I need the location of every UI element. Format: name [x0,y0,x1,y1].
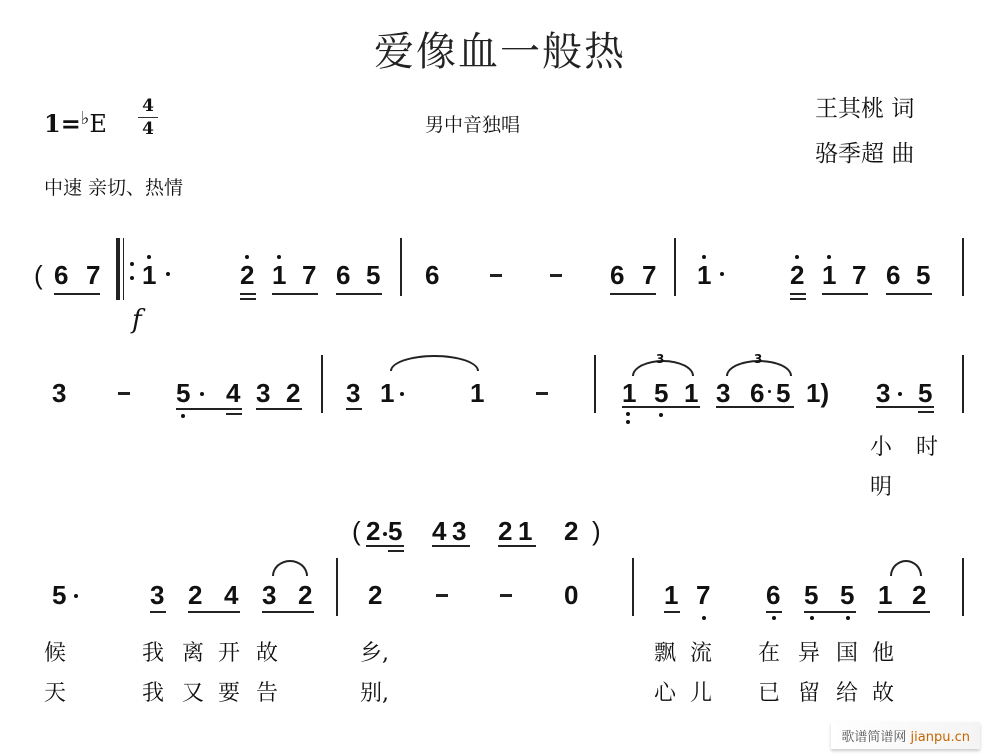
note: 4 [224,582,238,608]
lyric: 在 [758,636,780,667]
underline [610,293,656,295]
note: 2 [240,262,254,288]
augmentation-dot [898,392,902,396]
low-octave-dot [626,412,630,416]
tie [390,355,479,371]
high-octave-dot [245,255,249,259]
augmentation-dot [768,390,771,393]
note: 1 [878,582,892,608]
dash [436,594,448,597]
lyric: 心 [654,676,676,707]
note: 6 [54,262,68,288]
note: 1 [518,518,532,544]
barline [594,355,596,413]
note: 1 [822,262,836,288]
underline [804,611,856,613]
underline [790,293,806,295]
lyric: 儿 [690,676,712,707]
lyric: 告 [256,676,278,707]
lyric: 别, [360,676,389,707]
underline [878,611,930,613]
note: 1 [470,380,484,406]
repeat-dot [130,262,134,266]
augmentation-dot [400,392,404,396]
dash [500,594,512,597]
augmentation-dot [74,594,78,598]
high-octave-dot [795,255,799,259]
underline [226,413,242,415]
underline [790,298,806,300]
underline [886,293,932,295]
underline [176,408,242,410]
underline [432,545,470,547]
underline [262,611,314,613]
barline [632,558,634,616]
note: 3 [262,582,276,608]
dash [536,392,548,395]
watermark: 歌谱简谱网 jianpu.cn [831,722,980,749]
underline [366,545,404,547]
lyric: 开 [218,636,240,667]
high-octave-dot [147,255,151,259]
high-octave-dot [702,255,706,259]
note: 1 [142,262,156,288]
note: 2 [298,582,312,608]
lyric: 要 [218,676,240,707]
lyric: 给 [836,676,858,707]
note: 3 [150,582,164,608]
dash [490,274,502,277]
note: 2 [564,518,578,544]
note: 7 [302,262,316,288]
note: 1 [664,582,678,608]
lyric: 国 [836,636,858,667]
time-signature: 44 [138,96,158,139]
lyricist-credit: 王其桃 词 [815,90,914,123]
note: 4 [432,518,446,544]
lyric: 明 [870,470,892,501]
underline [150,611,166,613]
note: 2 [286,380,300,406]
underline [388,550,404,552]
voice-type: 男中音独唱 [425,110,520,137]
note: 6 [610,262,624,288]
lyric: 飘 [654,636,676,667]
note: 2 [790,262,804,288]
underline [336,293,382,295]
open-paren: ( [34,262,43,288]
note: 2 [366,518,380,544]
note: 3 [346,380,360,406]
low-octave-dot [846,616,850,620]
lyric: 已 [758,676,780,707]
lyric: 小 [870,430,892,461]
note: 6 [425,262,439,288]
note: 3 [716,380,730,406]
underline [256,408,302,410]
note-close-paren: 1) [806,380,829,406]
lyric: 流 [690,636,712,667]
low-octave-dot [810,616,814,620]
lyric: 天 [44,676,66,707]
barline [400,238,402,296]
note: 6 [766,582,780,608]
note: 2 [498,518,512,544]
note: 7 [86,262,100,288]
underline [876,406,934,408]
rest: 0 [564,582,578,608]
barline [962,558,964,616]
note: 5 [366,262,380,288]
lyric: 留 [798,676,820,707]
underline [918,411,934,413]
triplet-marker: 3 [656,352,664,366]
tempo-marking: 中速 亲切、热情 [44,173,183,200]
note: 7 [696,582,710,608]
lyric: 他 [872,636,894,667]
low-octave-dot [772,616,776,620]
song-title: 爱像血一般热 [0,20,1000,77]
repeat-barline-thin [123,238,124,300]
note: 2 [368,582,382,608]
triplet-marker: 3 [754,352,762,366]
key-prefix: 1= [44,109,81,138]
note: 5 [918,380,932,406]
barline [336,558,338,616]
note: 5 [176,380,190,406]
underline [240,298,256,300]
note: 5 [840,582,854,608]
lyric: 离 [182,636,204,667]
barline [962,238,964,296]
lyric: 我 [142,636,164,667]
lyric: 我 [142,676,164,707]
time-bottom: 4 [142,119,154,139]
key-signature: 1=♭E [44,108,107,138]
note: 5 [388,518,402,544]
tie [272,560,308,576]
note: 2 [188,582,202,608]
augmentation-dot [200,392,204,396]
note: 1 [380,380,394,406]
barline [962,355,964,413]
underline [272,293,318,295]
open-paren: ( [352,518,361,544]
repeat-dot [130,276,134,280]
lyric: 故 [872,676,894,707]
note: 5 [804,582,818,608]
underline [716,406,794,408]
augmentation-dot [383,532,387,536]
barline [321,355,323,413]
note: 6 [336,262,350,288]
underline [188,611,240,613]
note: 5 [916,262,930,288]
note: 6 [750,380,764,406]
lyricist-role: 词 [891,96,914,122]
lyric: 异 [798,636,820,667]
note: 3 [452,518,466,544]
low-octave-dot [659,413,663,417]
note: 7 [852,262,866,288]
note: 1 [622,380,636,406]
underline [240,293,256,295]
lyric: 故 [256,636,278,667]
note: 4 [226,380,240,406]
dash [550,274,562,277]
lyricist-name: 王其桃 [815,96,884,122]
low-octave-dot [626,420,630,424]
note: 1 [272,262,286,288]
key-note: E [89,110,107,138]
composer-credit: 骆季超 曲 [815,135,914,168]
composer-name: 骆季超 [815,141,884,167]
underline [766,611,782,613]
dash [118,392,130,395]
augmentation-dot [720,272,724,276]
lyric: 候 [44,636,66,667]
note: 5 [654,380,668,406]
time-top: 4 [142,96,154,116]
lyric: 时 [916,430,938,461]
underline [622,406,700,408]
note: 2 [912,582,926,608]
note: 1 [697,262,711,288]
underline [822,293,868,295]
lyric: 又 [182,676,204,707]
note: 1 [684,380,698,406]
note: 6 [886,262,900,288]
note: 3 [256,380,270,406]
note: 7 [642,262,656,288]
high-octave-dot [827,255,831,259]
note: 3 [876,380,890,406]
lyric: 乡, [360,636,389,667]
watermark-cn: 歌谱简谱网 [841,730,906,745]
underline [346,408,362,410]
low-octave-dot [702,616,706,620]
repeat-barline-thick [116,238,120,300]
watermark-en: jianpu.cn [911,730,970,745]
note: 3 [52,380,66,406]
note: 5 [776,380,790,406]
tie [890,560,922,576]
note: 5 [52,582,66,608]
low-octave-dot [181,414,185,418]
underline [54,293,100,295]
underline [498,545,536,547]
barline [674,238,676,296]
close-paren: ) [592,518,601,544]
composer-role: 曲 [891,141,914,167]
augmentation-dot [166,272,170,276]
dynamic-forte: f [132,305,142,335]
underline [664,611,680,613]
high-octave-dot [277,255,281,259]
